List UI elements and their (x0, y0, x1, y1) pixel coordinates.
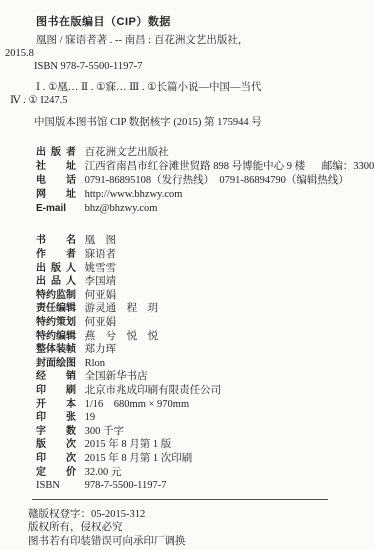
misprint-notice-line: 图书若有印装错误可向承印厂调换 (28, 535, 367, 549)
row-publisher: 出版者 百花洲文艺出版社 (36, 146, 367, 160)
row-value: 全国新华书店 (85, 371, 148, 382)
row-label: 定价 (36, 466, 76, 480)
footer-block: 赣版权登字：05-2015-312 版权所有，侵权必究 图书若有印装错误可向承印… (28, 508, 367, 549)
row-value: 978-7-5500-1197-7 (85, 480, 167, 491)
row-value: 300 千字 (85, 426, 124, 437)
row-label: 出版人 (36, 262, 76, 276)
row-isbn: ISBN 978-7-5500-1197-7 (36, 479, 367, 493)
row-website: 网址 http://www.bhzwy.com (36, 188, 367, 202)
row-label: 字数 (36, 425, 76, 439)
cip-record-line1: 凰图 / 寐语者著 . -- 南昌 : 百花洲文艺出版社， (36, 34, 367, 47)
postcode: 邮编：330038 (322, 161, 375, 172)
row-value: 何亚娟 (85, 317, 117, 328)
row-label: 书名 (36, 234, 76, 248)
row-value: 李国靖 (85, 276, 117, 287)
row-label: 整体装帧 (36, 343, 76, 357)
row-value: 北京市兆成印刷有限责任公司 (85, 385, 222, 396)
row-label: 封面绘图 (36, 357, 76, 371)
row-value: bhz@bhzwy.com (85, 203, 158, 214)
row-label: 责任编辑 (36, 302, 76, 316)
cip-number-line: 中国版本图书馆 CIP 数据核字 (2015) 第 175944 号 (34, 116, 367, 129)
row-value: 郑力珲 (85, 344, 117, 355)
row-phone: 电话 0791-86895108（发行热线） 0791-86894790（编辑热… (36, 174, 367, 188)
row-label: 版次 (36, 438, 76, 452)
row-value: 游灵通 程 玥 (85, 303, 159, 314)
row-value: 1/16 680mm × 970mm (85, 399, 190, 410)
copyright-page: 图书在版编目（CIP）数据 凰图 / 寐语者著 . -- 南昌 : 百花洲文艺出… (0, 0, 375, 548)
row-value: 0791-86895108（发行热线） 0791-86894790（编辑热线） (85, 175, 349, 186)
row-value: 2015 年 8 月第 1 次印刷 (85, 453, 193, 464)
row-label: 开本 (36, 398, 76, 412)
row-value: 百花洲文艺出版社 (85, 147, 169, 158)
cip-block: 图书在版编目（CIP）数据 凰图 / 寐语者著 . -- 南昌 : 百花洲文艺出… (36, 16, 367, 129)
row-value: http://www.bhzwy.com (85, 189, 183, 200)
row-value: 凰 图 (85, 235, 117, 246)
row-label: 出版者 (36, 146, 76, 160)
row-value: 姚雪雪 (85, 263, 117, 274)
row-value: Rlon (85, 358, 105, 369)
row-value: 寐语者 (85, 249, 117, 260)
row-label: 特约监制 (36, 289, 76, 303)
row-impression: 印次 2015 年 8 月第 1 次印刷 (36, 452, 367, 466)
row-producer: 出品人 李国靖 (36, 275, 367, 289)
row-special-editor: 特约编辑 燕 兮 悦 悦 (36, 330, 367, 344)
row-sheets: 印张 19 (36, 411, 367, 425)
copyright-registration-line: 赣版权登字：05-2015-312 (28, 508, 367, 522)
row-special-supervisor: 特约监制 何亚娟 (36, 289, 367, 303)
row-design: 整体装帧 郑力珲 (36, 343, 367, 357)
cip-class-line2: Ⅳ . ① I247.5 (10, 94, 367, 107)
row-label: 特约编辑 (36, 330, 76, 344)
row-value: 32.00 元 (85, 467, 122, 478)
row-publisher-person: 出版人 姚雪雪 (36, 262, 367, 276)
row-address: 社址 江西省南昌市红谷滩世贸路 898 号博能中心 9 楼 邮编：330038 (36, 160, 367, 174)
cip-class-line1: Ⅰ . ①凰… Ⅱ . ①寐… Ⅲ . ①长篇小说—中国—当代 (36, 81, 367, 94)
row-value: 19 (85, 412, 96, 423)
row-value: 何亚娟 (85, 290, 117, 301)
row-word-count: 字数 300 千字 (36, 425, 367, 439)
cip-title: 图书在版编目（CIP）数据 (36, 16, 367, 29)
row-price: 定价 32.00 元 (36, 466, 367, 480)
row-distribution: 经销 全国新华书店 (36, 370, 367, 384)
row-special-planner: 特约策划 何亚娟 (36, 316, 367, 330)
row-value: 2015 年 8 月第 1 版 (85, 439, 172, 450)
row-label: 出品人 (36, 275, 76, 289)
row-email: E-mail bhz@bhzwy.com (36, 202, 367, 216)
row-label: 特约策划 (36, 316, 76, 330)
row-label: 社址 (36, 160, 76, 174)
row-label: 电话 (36, 174, 76, 188)
row-value: 江西省南昌市红谷滩世贸路 898 号博能中心 9 楼 (85, 161, 306, 172)
cip-record-line2: 2015.8 (5, 47, 367, 60)
row-label: 印刷 (36, 384, 76, 398)
row-cover-art: 封面绘图 Rlon (36, 357, 367, 371)
row-label: ISBN (36, 479, 70, 493)
row-value: 燕 兮 悦 悦 (85, 331, 159, 342)
row-format: 开本 1/16 680mm × 970mm (36, 398, 367, 412)
book-block: 书名 凰 图 作者 寐语者 出版人 姚雪雪 出品人 李国靖 特约监制 何亚娟 责… (36, 234, 367, 492)
row-label: 印张 (36, 411, 76, 425)
row-label: E-mail (36, 202, 76, 216)
row-book-title: 书名 凰 图 (36, 234, 367, 248)
row-label: 作者 (36, 248, 76, 262)
rights-reserved-line: 版权所有，侵权必究 (28, 521, 367, 535)
cip-isbn-line: ISBN 978-7-5500-1197-7 (34, 60, 367, 73)
divider-rule (32, 499, 328, 500)
row-label: 经销 (36, 370, 76, 384)
row-label: 印次 (36, 452, 76, 466)
row-label: 网址 (36, 188, 76, 202)
publisher-block: 出版者 百花洲文艺出版社 社址 江西省南昌市红谷滩世贸路 898 号博能中心 9… (36, 146, 367, 216)
row-author: 作者 寐语者 (36, 248, 367, 262)
row-printing: 印刷 北京市兆成印刷有限责任公司 (36, 384, 367, 398)
row-edition: 版次 2015 年 8 月第 1 版 (36, 438, 367, 452)
row-responsible-editor: 责任编辑 游灵通 程 玥 (36, 302, 367, 316)
